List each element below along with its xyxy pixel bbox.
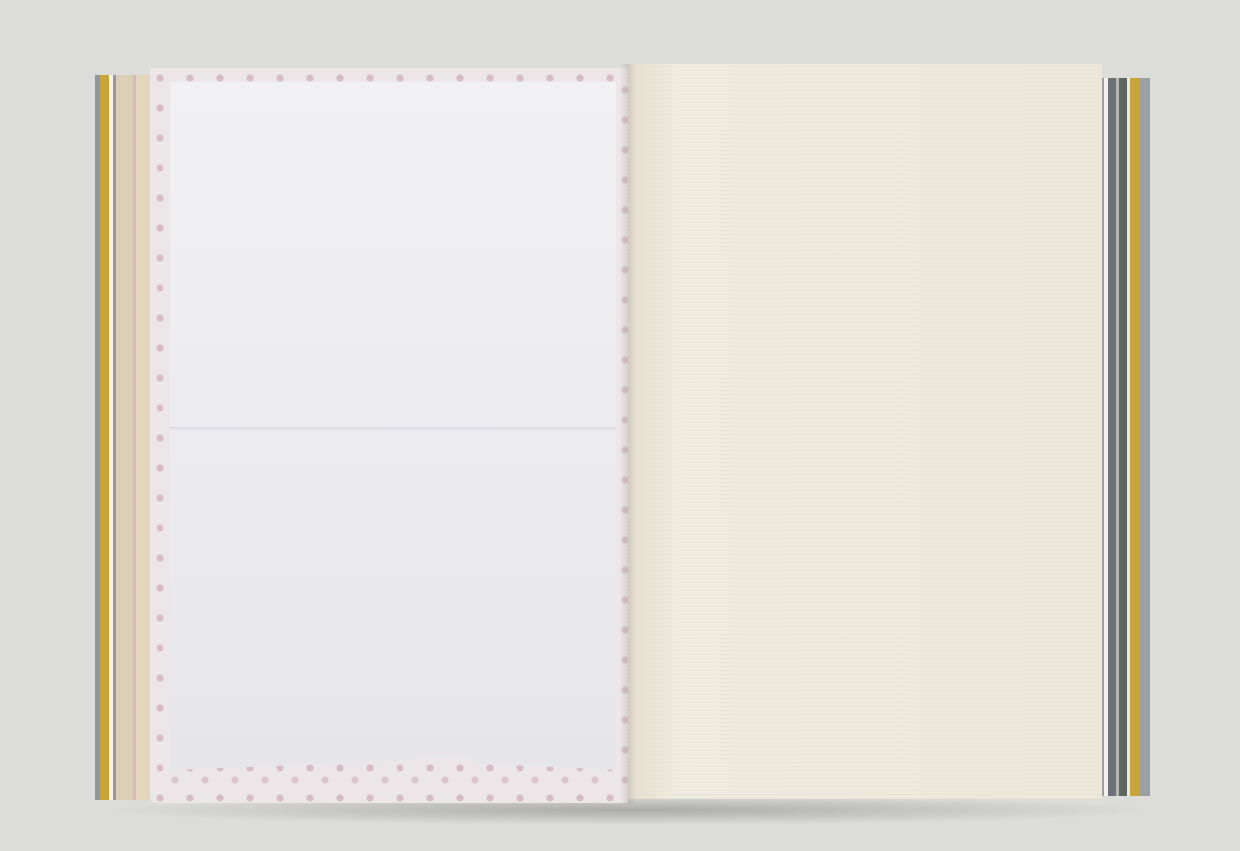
book-gutter (620, 64, 636, 804)
paper-fold (170, 427, 616, 431)
left-handwritten-letter (170, 82, 616, 770)
right-page-wood-veneer (628, 64, 1102, 799)
